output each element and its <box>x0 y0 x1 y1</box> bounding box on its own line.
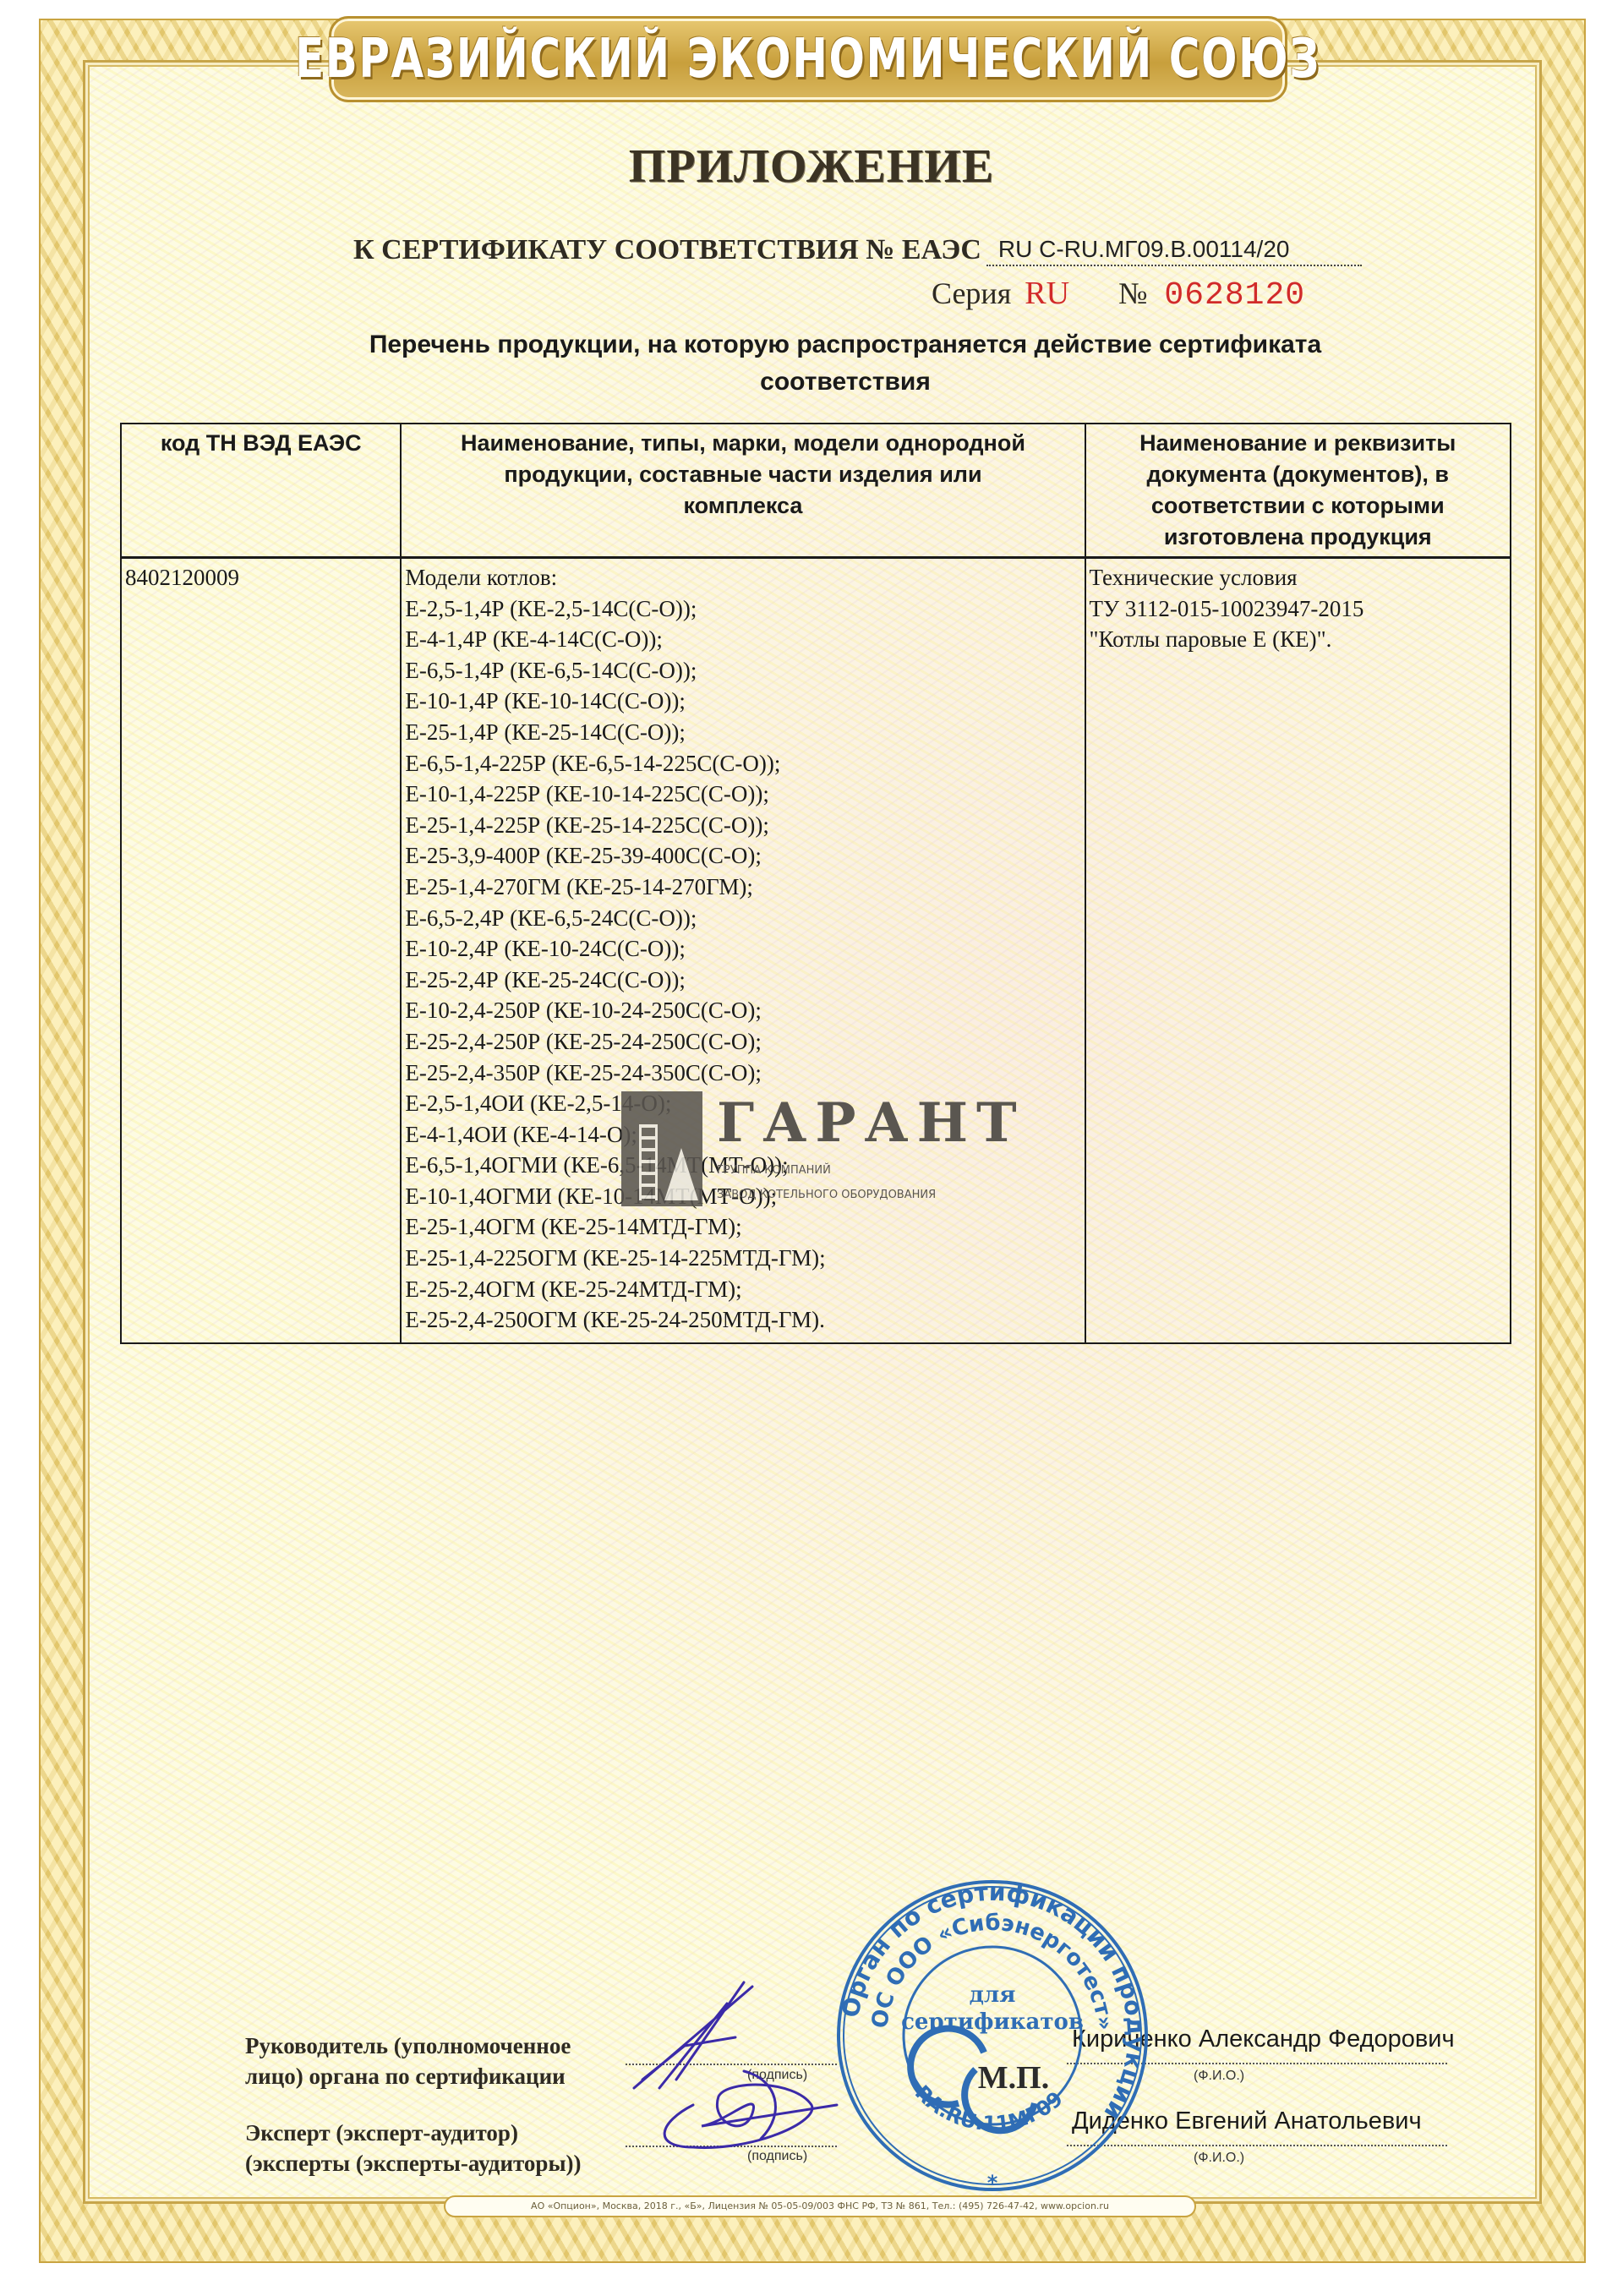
garant-sub-1: ГРУППА КОМПАНИЙ <box>717 1163 1025 1178</box>
series-value: RU <box>1025 275 1069 312</box>
list-item: Е-10-2,4-250Р (КЕ-10-24-250С(С-О); <box>405 995 1080 1026</box>
list-item: Е-10-1,4Р (КЕ-10-14С(С-О)); <box>405 686 1080 717</box>
eaeu-banner: ЕВРАЗИЙСКИЙ ЭКОНОМИЧЕСКИЙ СОЮЗ <box>331 19 1285 100</box>
list-item: Е-10-1,4-225Р (КЕ-10-14-225С(С-О)); <box>405 779 1080 810</box>
certificate-label: К СЕРТИФИКАТУ СООТВЕТСТВИЯ № ЕАЭС <box>353 234 981 266</box>
heading-line-2: соответствия <box>254 364 1437 401</box>
list-item: Е-6,5-2,4Р (КЕ-6,5-24С(С-О)); <box>405 903 1080 934</box>
garant-name: ГАРАНТ <box>717 1094 1025 1153</box>
header-line: документа (документов), в <box>1091 459 1506 490</box>
number-label: № <box>1118 276 1147 311</box>
head-label-line-1: Руководитель (уполномоченное <box>245 2031 571 2061</box>
head-label-line-2: лицо) органа по сертификации <box>245 2061 571 2091</box>
heading-line-1: Перечень продукции, на которую распростр… <box>254 326 1437 364</box>
head-name-caption: (Ф.И.О.) <box>1194 2069 1244 2084</box>
printer-imprint: АО «Опцион», Москва, 2018 г., «Б», Лицен… <box>444 2195 1196 2217</box>
header-line: соответствии с которыми <box>1091 490 1506 522</box>
hs-code-cell: 8402120009 <box>121 558 401 1343</box>
page-title: ПРИЛОЖЕНИЕ <box>0 139 1623 194</box>
certificate-number: RU C-RU.МГ09.В.00114/20 <box>986 236 1362 266</box>
list-item: Е-25-1,4-270ГМ (КЕ-25-14-270ГМ); <box>405 872 1080 903</box>
table-header-row: код ТН ВЭД ЕАЭС Наименование, типы, марк… <box>121 424 1511 558</box>
header-line: код ТН ВЭД ЕАЭС <box>127 428 395 459</box>
document-line: "Котлы паровые Е (КЕ)". <box>1090 624 1507 655</box>
models-title: Модели котлов: <box>405 562 1080 593</box>
header-line: продукции, составные части изделия или <box>407 459 1079 490</box>
header-hs-code: код ТН ВЭД ЕАЭС <box>121 424 401 558</box>
svg-text:М.П.: М.П. <box>978 2060 1049 2096</box>
models-list: Е-2,5-1,4Р (КЕ-2,5-14С(С-О));Е-4-1,4Р (К… <box>405 593 1080 1336</box>
certification-seal: Орган по сертификации продукции ОС ООО «… <box>832 1875 1153 2196</box>
list-item: Е-25-2,4-250Р (КЕ-25-24-250С(С-О); <box>405 1026 1080 1058</box>
svg-text:*: * <box>987 2171 998 2195</box>
list-item: Е-2,5-1,4Р (КЕ-2,5-14С(С-О)); <box>405 593 1080 625</box>
hs-code: 8402120009 <box>125 565 239 590</box>
garant-sub-2: ЗАВОД КОТЕЛЬНОГО ОБОРУДОВАНИЯ <box>717 1188 1025 1202</box>
document-lines: Технические условияТУ 3112-015-10023947-… <box>1090 562 1507 655</box>
list-item: Е-25-2,4ОГМ (КЕ-25-24МТД-ГМ); <box>405 1274 1080 1305</box>
list-item: Е-25-1,4-225Р (КЕ-25-14-225С(С-О)); <box>405 810 1080 841</box>
garant-text: ГАРАНТ ГРУППА КОМПАНИЙ ЗАВОД КОТЕЛЬНОГО … <box>717 1094 1025 1202</box>
list-item: Е-25-2,4Р (КЕ-25-24С(С-О)); <box>405 965 1080 996</box>
header-document: Наименование и реквизитыдокумента (докум… <box>1085 424 1511 558</box>
list-item: Е-25-1,4Р (КЕ-25-14С(С-О)); <box>405 717 1080 748</box>
form-number: 0628120 <box>1164 277 1305 314</box>
models-cell: Модели котлов: Е-2,5-1,4Р (КЕ-2,5-14С(С-… <box>401 558 1085 1343</box>
head-label: Руководитель (уполномоченное лицо) орган… <box>245 2031 571 2091</box>
document-line: ТУ 3112-015-10023947-2015 <box>1090 593 1507 625</box>
garant-watermark: ГАРАНТ ГРУППА КОМПАНИЙ ЗАВОД КОТЕЛЬНОГО … <box>624 1094 1025 1204</box>
series-label: Серия <box>932 276 1011 311</box>
list-item: Е-10-2,4Р (КЕ-10-24С(С-О)); <box>405 933 1080 965</box>
list-item: Е-4-1,4Р (КЕ-4-14С(С-О)); <box>405 624 1080 655</box>
series-number-line: Серия RU № 0628120 <box>932 275 1305 314</box>
header-product-name: Наименование, типы, марки, модели одноро… <box>401 424 1085 558</box>
certificate-reference: К СЕРТИФИКАТУ СООТВЕТСТВИЯ № ЕАЭС RU C-R… <box>353 224 1362 266</box>
list-item: Е-25-1,4-225ОГМ (КЕ-25-14-225МТД-ГМ); <box>405 1243 1080 1274</box>
header-line: изготовлена продукция <box>1091 522 1506 553</box>
banner-title: ЕВРАЗИЙСКИЙ ЭКОНОМИЧЕСКИЙ СОЮЗ <box>295 28 1320 90</box>
document-line: Технические условия <box>1090 562 1507 593</box>
document-cell: Технические условияТУ 3112-015-10023947-… <box>1085 558 1511 1343</box>
expert-name-caption: (Ф.И.О.) <box>1194 2151 1244 2166</box>
header-line: Наименование и реквизиты <box>1091 428 1506 459</box>
header-line: комплекса <box>407 490 1079 522</box>
list-item: Е-6,5-1,4Р (КЕ-6,5-14С(С-О)); <box>405 655 1080 686</box>
expert-label: Эксперт (эксперт-аудитор) (эксперты (экс… <box>245 2118 582 2178</box>
garant-logo-icon <box>624 1094 700 1204</box>
list-item: Е-25-2,4-350Р (КЕ-25-24-350С(С-О); <box>405 1058 1080 1089</box>
list-item: Е-6,5-1,4-225Р (КЕ-6,5-14-225С(С-О)); <box>405 748 1080 779</box>
expert-label-line-1: Эксперт (эксперт-аудитор) <box>245 2118 582 2148</box>
svg-text:для: для <box>970 1982 1016 2008</box>
list-item: Е-25-3,9-400Р (КЕ-25-39-400С(С-О); <box>405 840 1080 872</box>
table-row: 8402120009 Модели котлов: Е-2,5-1,4Р (КЕ… <box>121 558 1511 1343</box>
list-item: Е-25-1,4ОГМ (КЕ-25-14МТД-ГМ); <box>405 1211 1080 1243</box>
product-list-heading: Перечень продукции, на которую распростр… <box>254 326 1437 401</box>
expert-label-line-2: (эксперты (эксперты-аудиторы)) <box>245 2148 582 2178</box>
header-line: Наименование, типы, марки, модели одноро… <box>407 428 1079 459</box>
list-item: Е-25-2,4-250ОГМ (КЕ-25-24-250МТД-ГМ). <box>405 1304 1080 1336</box>
products-table: код ТН ВЭД ЕАЭС Наименование, типы, марк… <box>120 423 1511 1344</box>
